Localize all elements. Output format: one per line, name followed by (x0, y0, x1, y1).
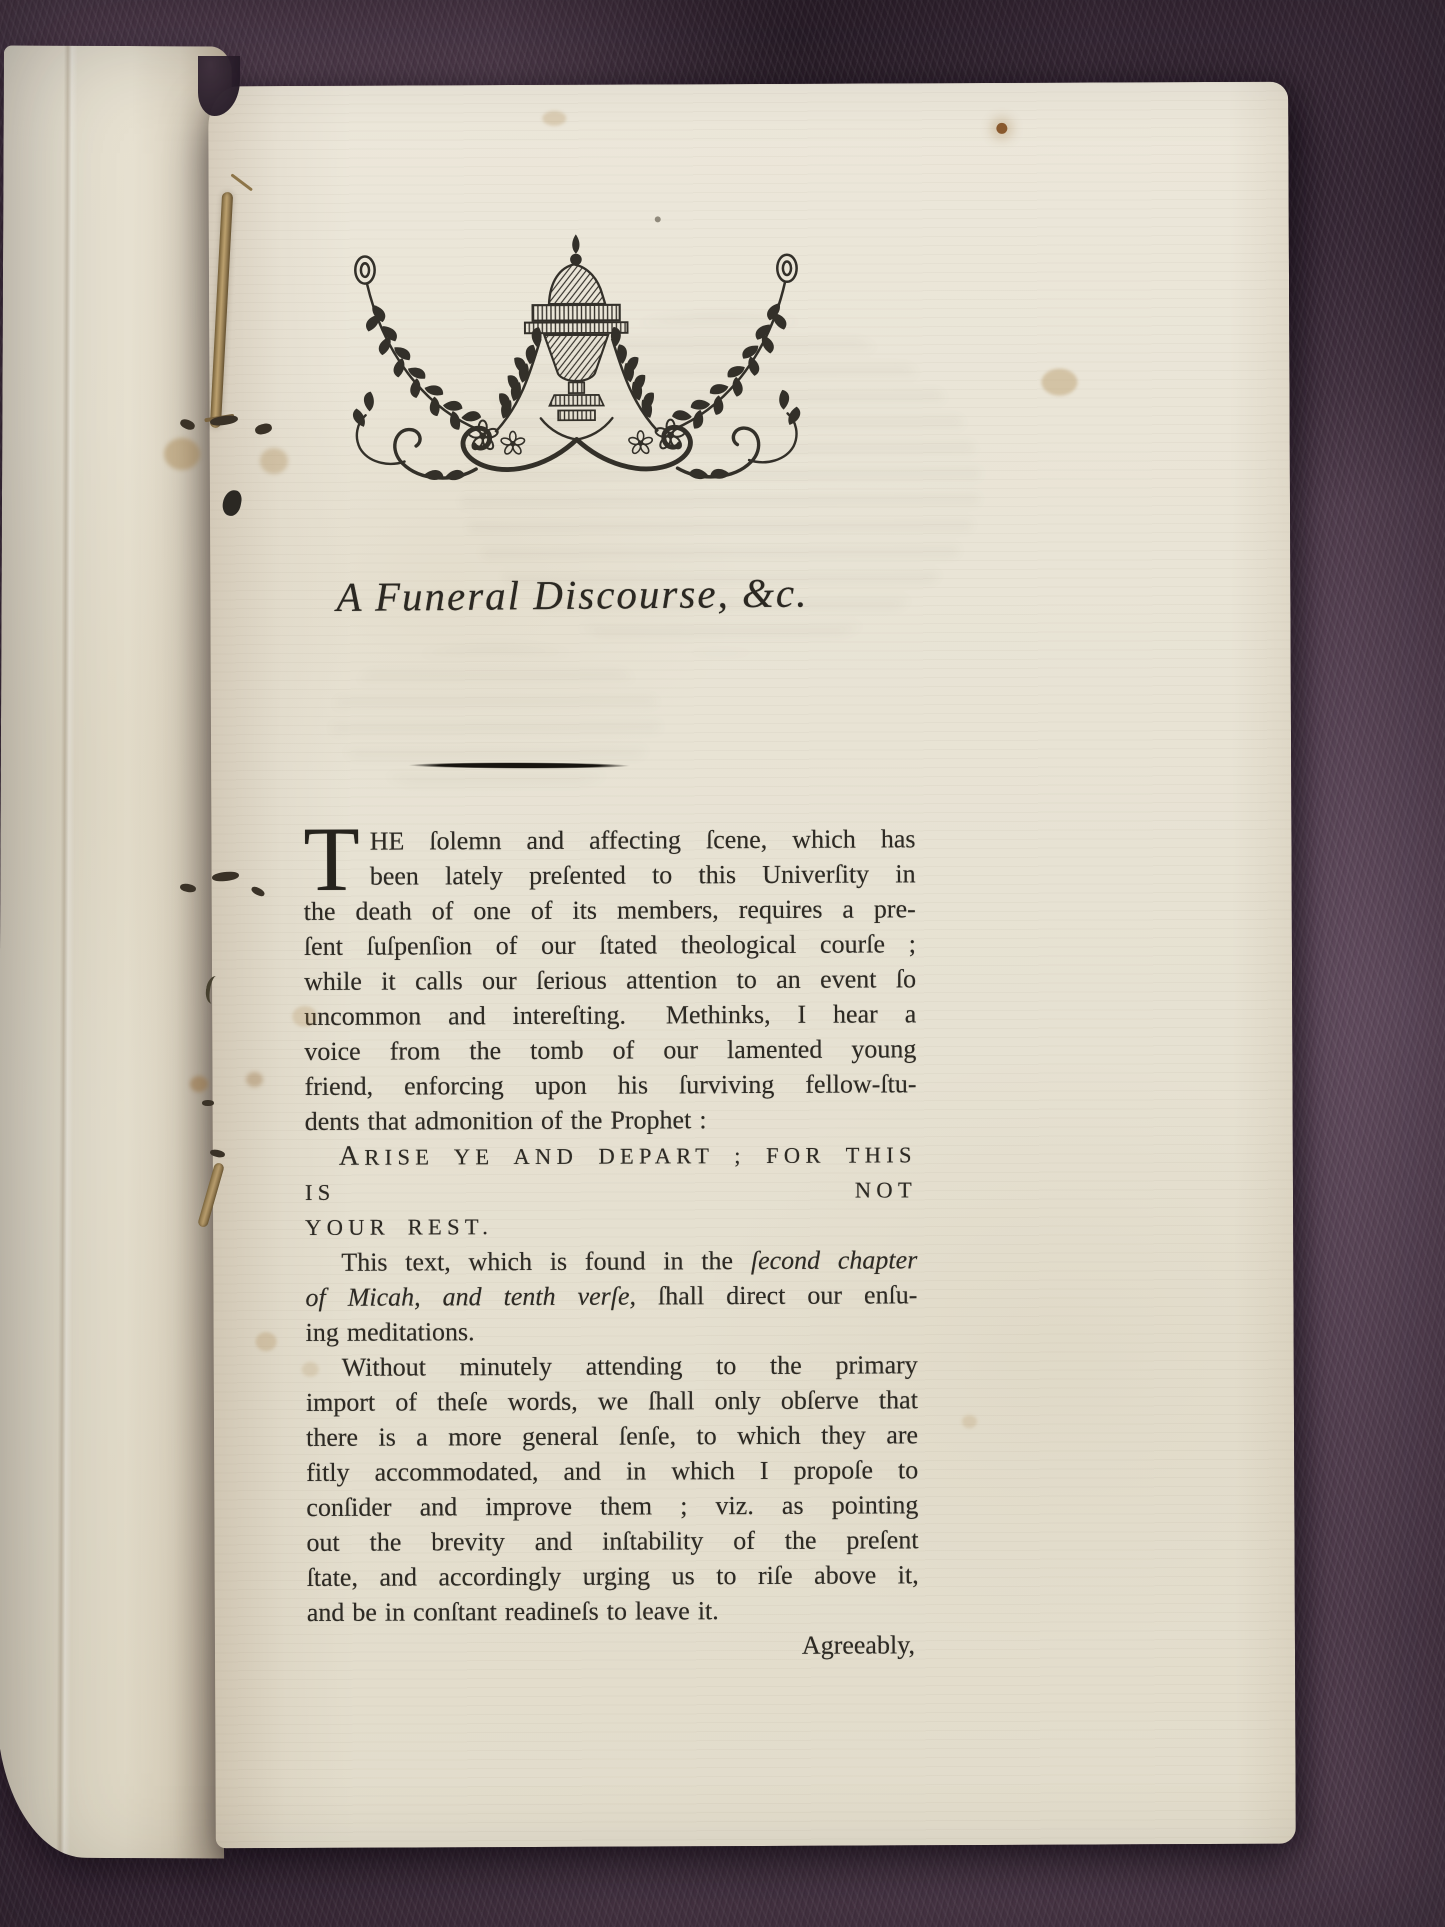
text-line: out the brevity and inſtability of the p… (306, 1522, 918, 1560)
text-line: conſider and improve them ; viz. as poin… (306, 1487, 918, 1525)
text-line: Without minutely attending to the primar… (306, 1347, 918, 1385)
paragraph-exposition: Without minutely attending to the primar… (306, 1347, 919, 1630)
page-title: A Funeral Discourse, &c. (210, 567, 934, 622)
text-line: fitly accommodated, and in which I propo… (306, 1452, 918, 1490)
text-line: voice from the tomb of our lamented youn… (304, 1031, 916, 1069)
printed-content: A Funeral Discourse, &c. T HE ſolemn and… (208, 82, 1296, 1849)
text-line: uncommon and intereſting. Methinks, I he… (304, 996, 916, 1034)
text-line: while it calls our ſerious attention to … (304, 961, 916, 999)
text-line: ſtate, and accordingly urging us to riſe… (307, 1557, 919, 1595)
facing-page-edge (0, 46, 232, 1859)
catchword: Agreeably, (307, 1627, 919, 1665)
text-line: been lately preſented to this Univerſity… (304, 856, 916, 894)
text-line: of Micah, and tenth verſe, ſhall direct … (305, 1277, 917, 1315)
text-line: This text, which is found in the ſecond … (305, 1242, 917, 1280)
body-text: T HE ſolemn and affecting ſcene, which h… (303, 821, 919, 1665)
swelled-rule-divider (369, 761, 669, 771)
text-line: HE ſolemn and affecting ſcene, which has (303, 821, 915, 859)
text-line: ing meditations. (306, 1312, 918, 1350)
text-line: dents that admonition of the Prophet : (305, 1101, 917, 1139)
text-line: ARISE YE AND DEPART ; FOR THIS IS NOT (305, 1136, 917, 1210)
text-line: import of theſe words, we ſhall only obſ… (306, 1382, 918, 1420)
paragraph-text-source: This text, which is found in the ſecond … (305, 1242, 917, 1350)
text-line: there is a more general ſenſe, to which … (306, 1417, 918, 1455)
urn-figure (525, 234, 628, 420)
dropcap-letter: T (303, 824, 370, 894)
text-line: ſent ſuſpenſion of our ſtated theologica… (304, 926, 916, 964)
text-line: friend, enforcing upon his ſurviving fel… (304, 1066, 916, 1104)
text-line: and be in conſtant readineſs to leave it… (307, 1592, 919, 1630)
headpiece-urn-engraving (305, 220, 848, 524)
paragraph-opening: T HE ſolemn and affecting ſcene, which h… (303, 821, 916, 1139)
book-page: A Funeral Discourse, &c. T HE ſolemn and… (208, 82, 1296, 1849)
text-line: YOUR REST. (305, 1207, 917, 1245)
text-line: the death of one of its members, require… (304, 891, 916, 929)
paragraph-scripture-quote: ARISE YE AND DEPART ; FOR THIS IS NOTYOU… (305, 1136, 917, 1245)
